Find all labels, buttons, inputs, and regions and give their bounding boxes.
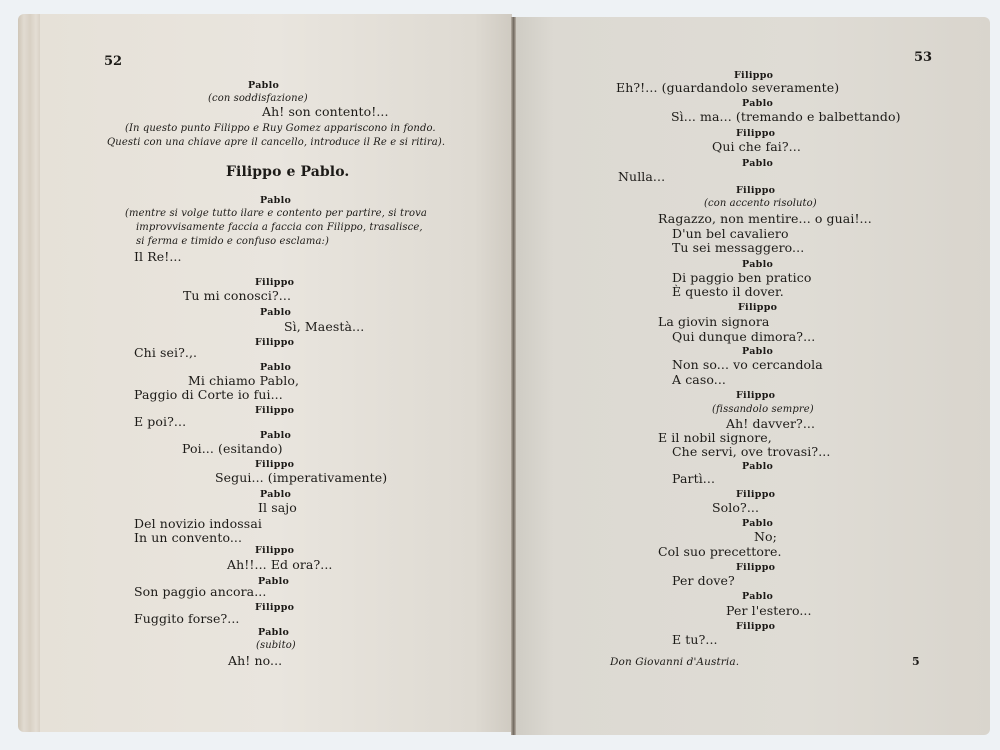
verse-line: Di paggio ben pratico (672, 271, 811, 285)
verse-line: Il sajo (258, 501, 297, 515)
verse-line: Eh?!... (guardandolo severamente) (616, 81, 839, 95)
stage-direction: Questi con una chiave apre il cancello, … (107, 136, 445, 150)
verse-line: Del novizio indossai (134, 517, 262, 531)
page-number-left: 52 (104, 54, 122, 69)
stage-direction: (con accento risoluto) (704, 197, 817, 211)
verse-line: E tu?... (672, 633, 718, 647)
speaker-name: Pablo (260, 306, 291, 320)
speaker-name: Pablo (742, 460, 773, 474)
verse-line: Per l'estero... (726, 604, 812, 618)
verse-line: Che servi, ove trovasi?... (672, 445, 830, 459)
speaker-name: Pablo (742, 157, 773, 171)
verse-line: Son paggio ancora... (134, 585, 266, 599)
verse-line: Qui dunque dimora?... (672, 330, 815, 344)
verse-line: Ah! davver?... (726, 417, 815, 431)
verse-line: No; (754, 530, 777, 544)
speaker-name: Filippo (736, 184, 775, 198)
left-page: 52 Pablo (con soddisfazione) Ah! son con… (40, 14, 512, 732)
speaker-name: Filippo (255, 601, 294, 615)
speaker-name: Filippo (255, 544, 294, 558)
verse-line: Chi sei?.,. (134, 346, 197, 360)
verse-line: Mi chiamo Pablo, (188, 374, 299, 388)
verse-line: Col suo precettore. (658, 545, 782, 559)
verse-line: Tu sei messaggero... (672, 241, 804, 255)
verse-line: Solo?... (712, 501, 759, 515)
speaker-name: Pablo (260, 194, 291, 208)
verse-line: È questo il dover. (672, 285, 784, 299)
running-footer-title: Don Giovanni d'Austria. (610, 655, 739, 669)
verse-line: Fuggito forse?... (134, 612, 240, 626)
verse-line: Il Re!... (134, 250, 182, 264)
speaker-name: Filippo (736, 389, 775, 403)
verse-line: D'un bel cavaliero (672, 227, 789, 241)
scene-heading: Filippo e Pablo. (226, 165, 349, 179)
stage-direction: si ferma e timido e confuso esclama:) (136, 235, 329, 249)
verse-line: La giovin signora (658, 315, 769, 329)
verse-line: Sì, Maestà... (284, 320, 364, 334)
verse-line: Per dove? (672, 574, 735, 588)
page-number-right: 53 (914, 50, 932, 65)
verse-line: Non so... vo cercandola (672, 358, 823, 372)
stage-direction: (fissandolo sempre) (712, 403, 814, 417)
signature-mark: 5 (912, 655, 920, 669)
stage-direction: (subito) (256, 639, 296, 653)
verse-line: Ah! son contento!... (262, 105, 389, 119)
verse-line: E poi?... (134, 415, 186, 429)
verse-line: Tu mi conosci?... (183, 289, 291, 303)
verse-line: Poi... (esitando) (182, 442, 283, 456)
stage-direction: (mentre si volge tutto ilare e contento … (125, 207, 427, 221)
speaker-name: Filippo (738, 301, 777, 315)
stage-direction: improvvisamente faccia a faccia con Fili… (136, 221, 423, 235)
verse-line: In un convento... (134, 531, 242, 545)
verse-line: Sì... ma... (tremando e balbettando) (671, 110, 901, 124)
verse-line: Partì... (672, 472, 715, 486)
verse-line: Nulla... (618, 170, 665, 184)
verse-line: Paggio di Corte io fui... (134, 388, 283, 402)
speaker-name: Filippo (255, 404, 294, 418)
stage-direction: (In questo punto Filippo e Ruy Gomez app… (125, 122, 436, 136)
verse-line: Ah!!... Ed ora?... (227, 558, 333, 572)
speaker-name: Filippo (255, 336, 294, 350)
verse-line: Qui che fai?... (712, 140, 801, 154)
verse-line: Ah! no... (228, 654, 282, 668)
speaker-name: Pablo (258, 626, 289, 640)
speaker-name: Filippo (736, 620, 775, 634)
verse-line: Segui... (imperativamente) (215, 471, 387, 485)
verse-line: A caso... (672, 373, 726, 387)
speaker-name: Pablo (742, 590, 773, 604)
verse-line: E il nobil signore, (658, 431, 772, 445)
speaker-name: Pablo (248, 79, 279, 93)
right-page: 53 Filippo Eh?!... (guardandolo severame… (516, 17, 990, 735)
speaker-name: Filippo (736, 561, 775, 575)
verse-line: Ragazzo, non mentire... o guai!... (658, 212, 872, 226)
